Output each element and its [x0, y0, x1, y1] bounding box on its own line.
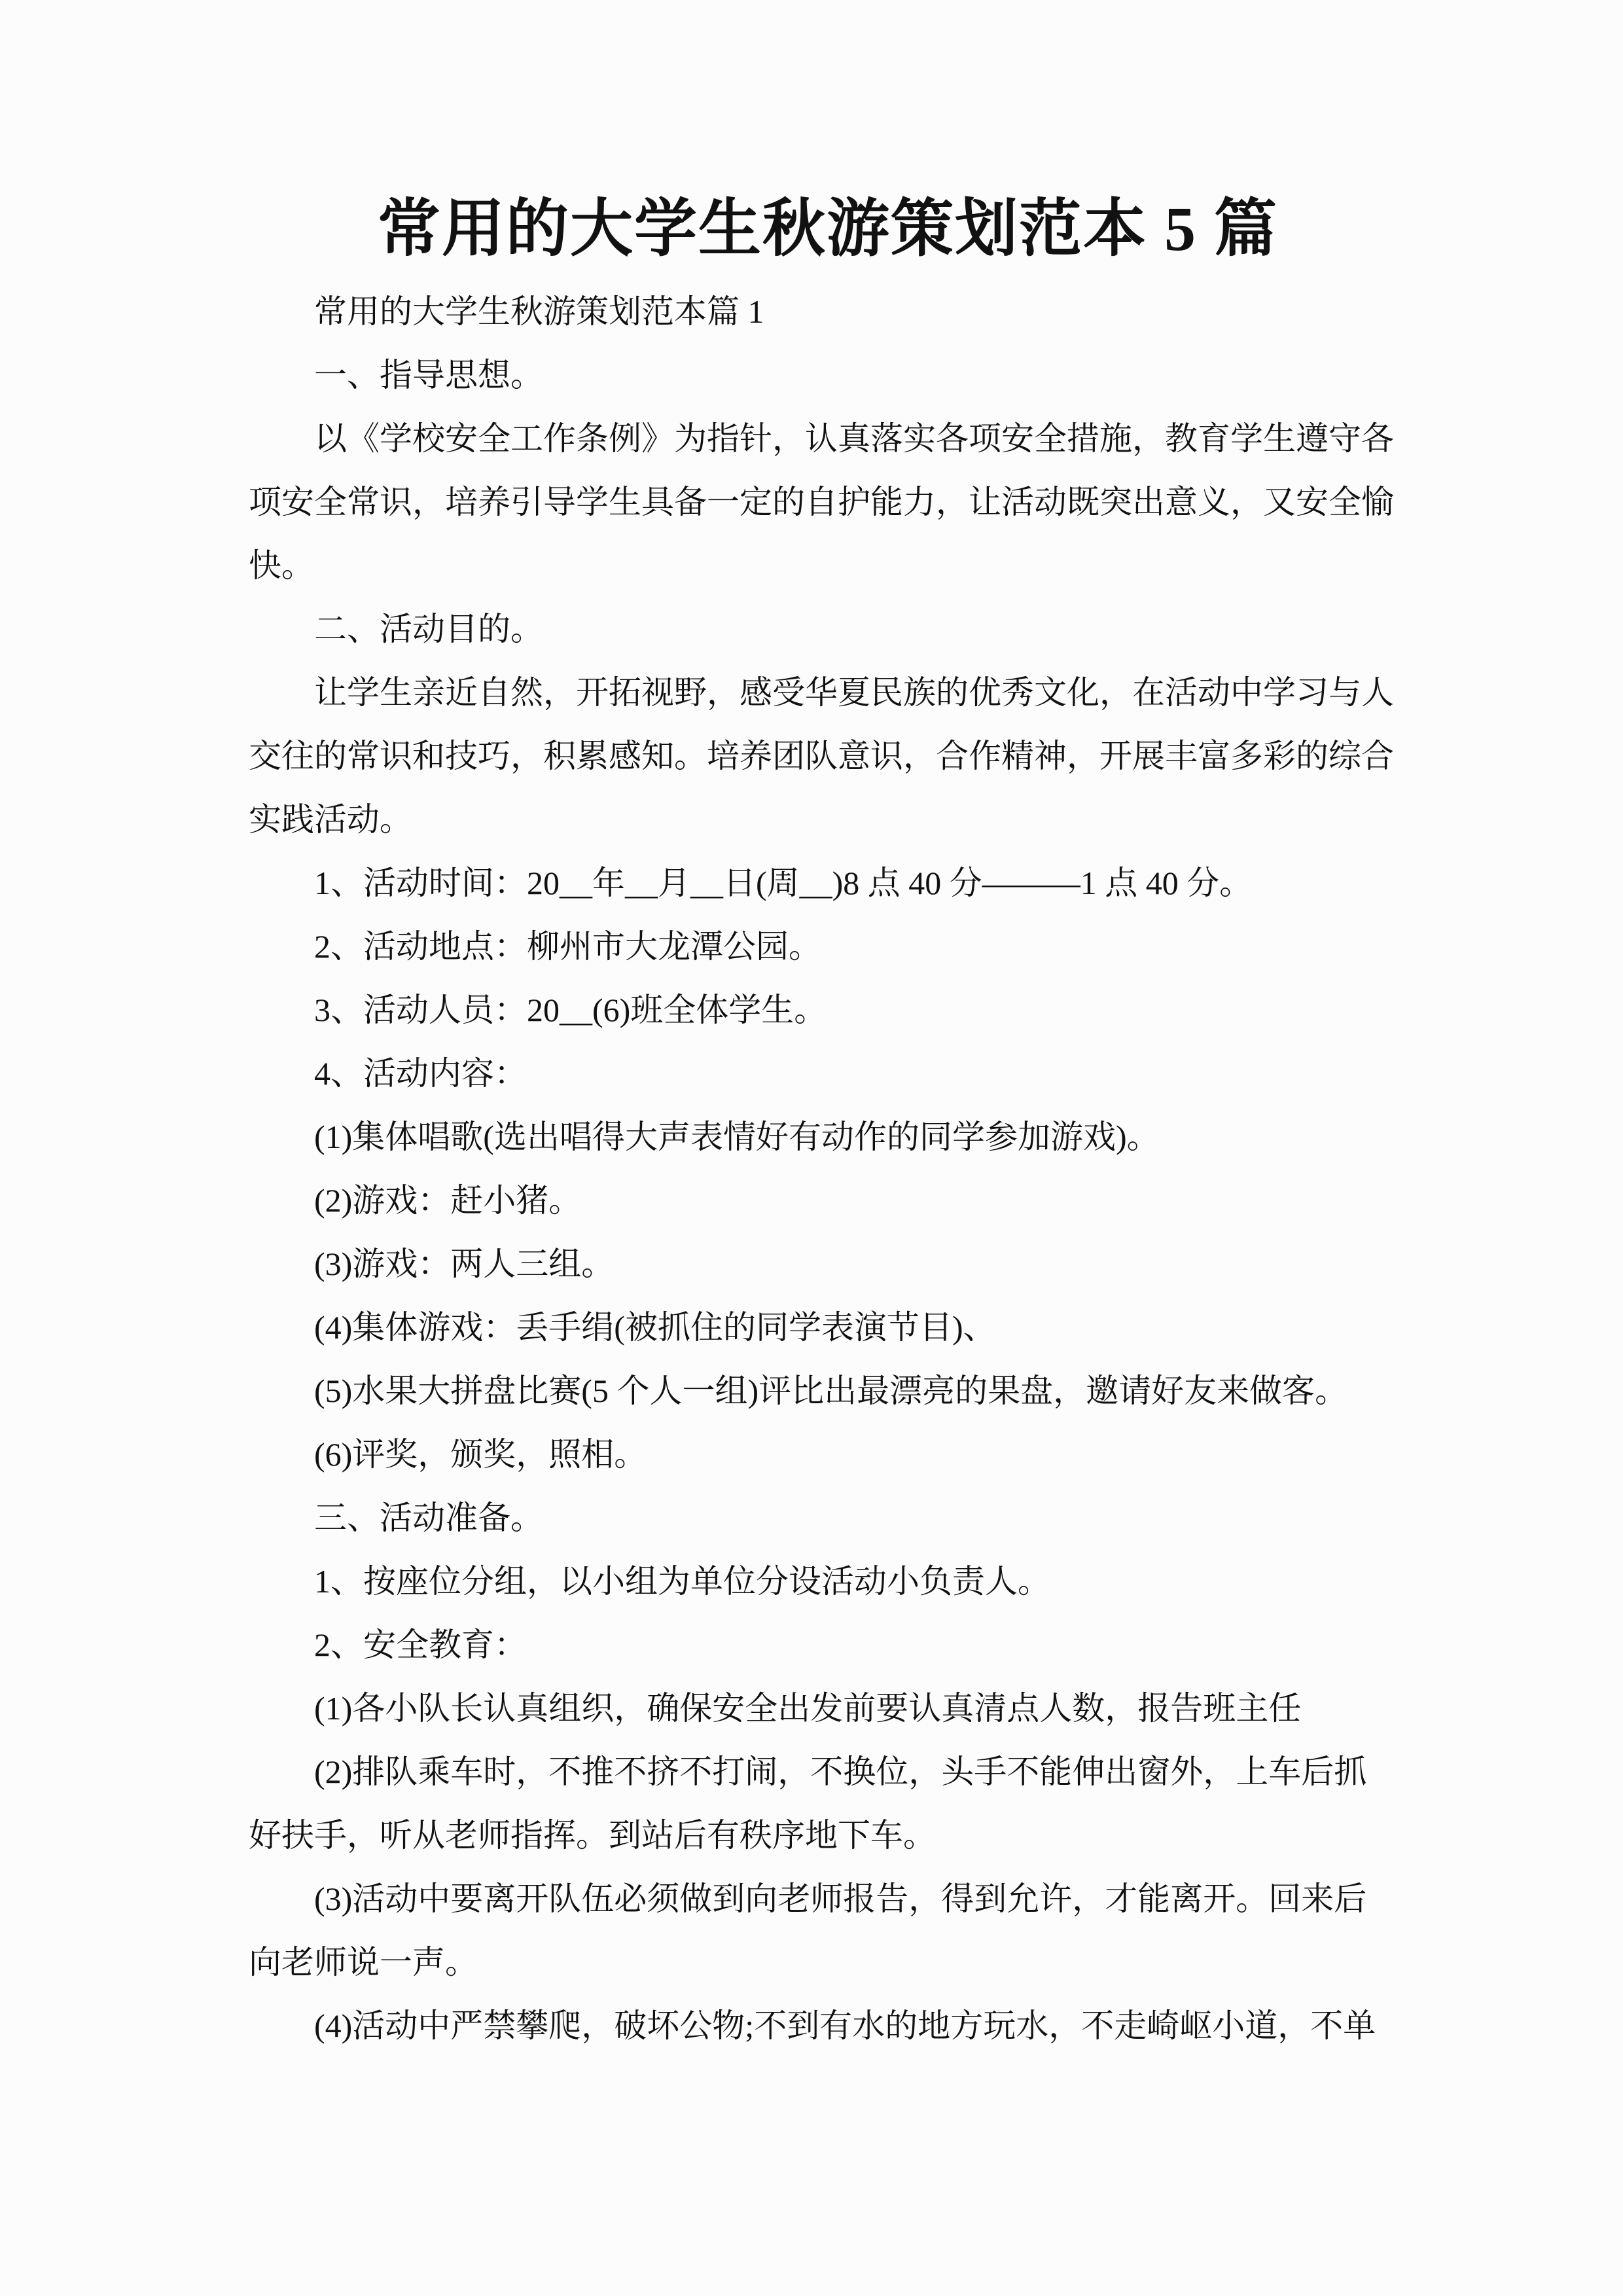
text-line: (1)集体唱歌(选出唱得大声表情好有动作的同学参加游戏)。 [249, 1105, 1407, 1169]
text-line: 快。 [249, 534, 1407, 598]
text-line: 交往的常识和技巧，积累感知。培养团队意识，合作精神，开展丰富多彩的综合 [249, 725, 1407, 788]
text-line: 常用的大学生秋游策划范本篇 1 [249, 280, 1407, 344]
text-line: (6)评奖，颁奖，照相。 [249, 1423, 1407, 1486]
text-line: 让学生亲近自然，开拓视野，感受华夏民族的优秀文化，在活动中学习与人 [249, 661, 1407, 725]
text-line: 3、活动人员：20__(6)班全体学生。 [249, 978, 1407, 1042]
text-line: 2、活动地点：柳州市大龙潭公园。 [249, 915, 1407, 978]
document-body: 常用的大学生秋游策划范本篇 1一、指导思想。以《学校安全工作条例》为指针，认真落… [249, 280, 1407, 2058]
text-line: (2)排队乘车时，不推不挤不打闹，不换位，头手不能伸出窗外，上车后抓 [249, 1740, 1407, 1804]
text-line: 4、活动内容： [249, 1042, 1407, 1105]
text-line: 向老师说一声。 [249, 1931, 1407, 1994]
text-line: 一、指导思想。 [249, 344, 1407, 407]
text-line: (1)各小队长认真组织，确保安全出发前要认真清点人数，报告班主任 [249, 1677, 1407, 1740]
text-line: 以《学校安全工作条例》为指针，认真落实各项安全措施，教育学生遵守各 [249, 407, 1407, 471]
text-line: (4)集体游戏：丢手绢(被抓住的同学表演节目)、 [249, 1296, 1407, 1359]
text-line: (3)活动中要离开队伍必须做到向老师报告，得到允许，才能离开。回来后 [249, 1867, 1407, 1931]
text-line: 二、活动目的。 [249, 598, 1407, 661]
text-line: (3)游戏：两人三组。 [249, 1232, 1407, 1296]
text-line: 实践活动。 [249, 788, 1407, 852]
text-line: 项安全常识，培养引导学生具备一定的自护能力，让活动既突出意义，又安全愉 [249, 471, 1407, 534]
text-line: (2)游戏：赶小猪。 [249, 1169, 1407, 1232]
text-line: (5)水果大拼盘比赛(5 个人一组)评比出最漂亮的果盘，邀请好友来做客。 [249, 1359, 1407, 1423]
document-title: 常用的大学生秋游策划范本 5 篇 [249, 196, 1407, 262]
text-line: 1、活动时间：20__年__月__日(周__)8 点 40 分———1 点 40… [249, 852, 1407, 915]
text-line: (4)活动中严禁攀爬，破坏公物;不到有水的地方玩水，不走崎岖小道，不单 [249, 1994, 1407, 2058]
text-line: 三、活动准备。 [249, 1486, 1407, 1550]
text-line: 好扶手，听从老师指挥。到站后有秩序地下车。 [249, 1804, 1407, 1867]
document-page: 常用的大学生秋游策划范本 5 篇 常用的大学生秋游策划范本篇 1一、指导思想。以… [0, 0, 1623, 2296]
text-line: 1、按座位分组，以小组为单位分设活动小负责人。 [249, 1550, 1407, 1613]
text-line: 2、安全教育： [249, 1613, 1407, 1677]
